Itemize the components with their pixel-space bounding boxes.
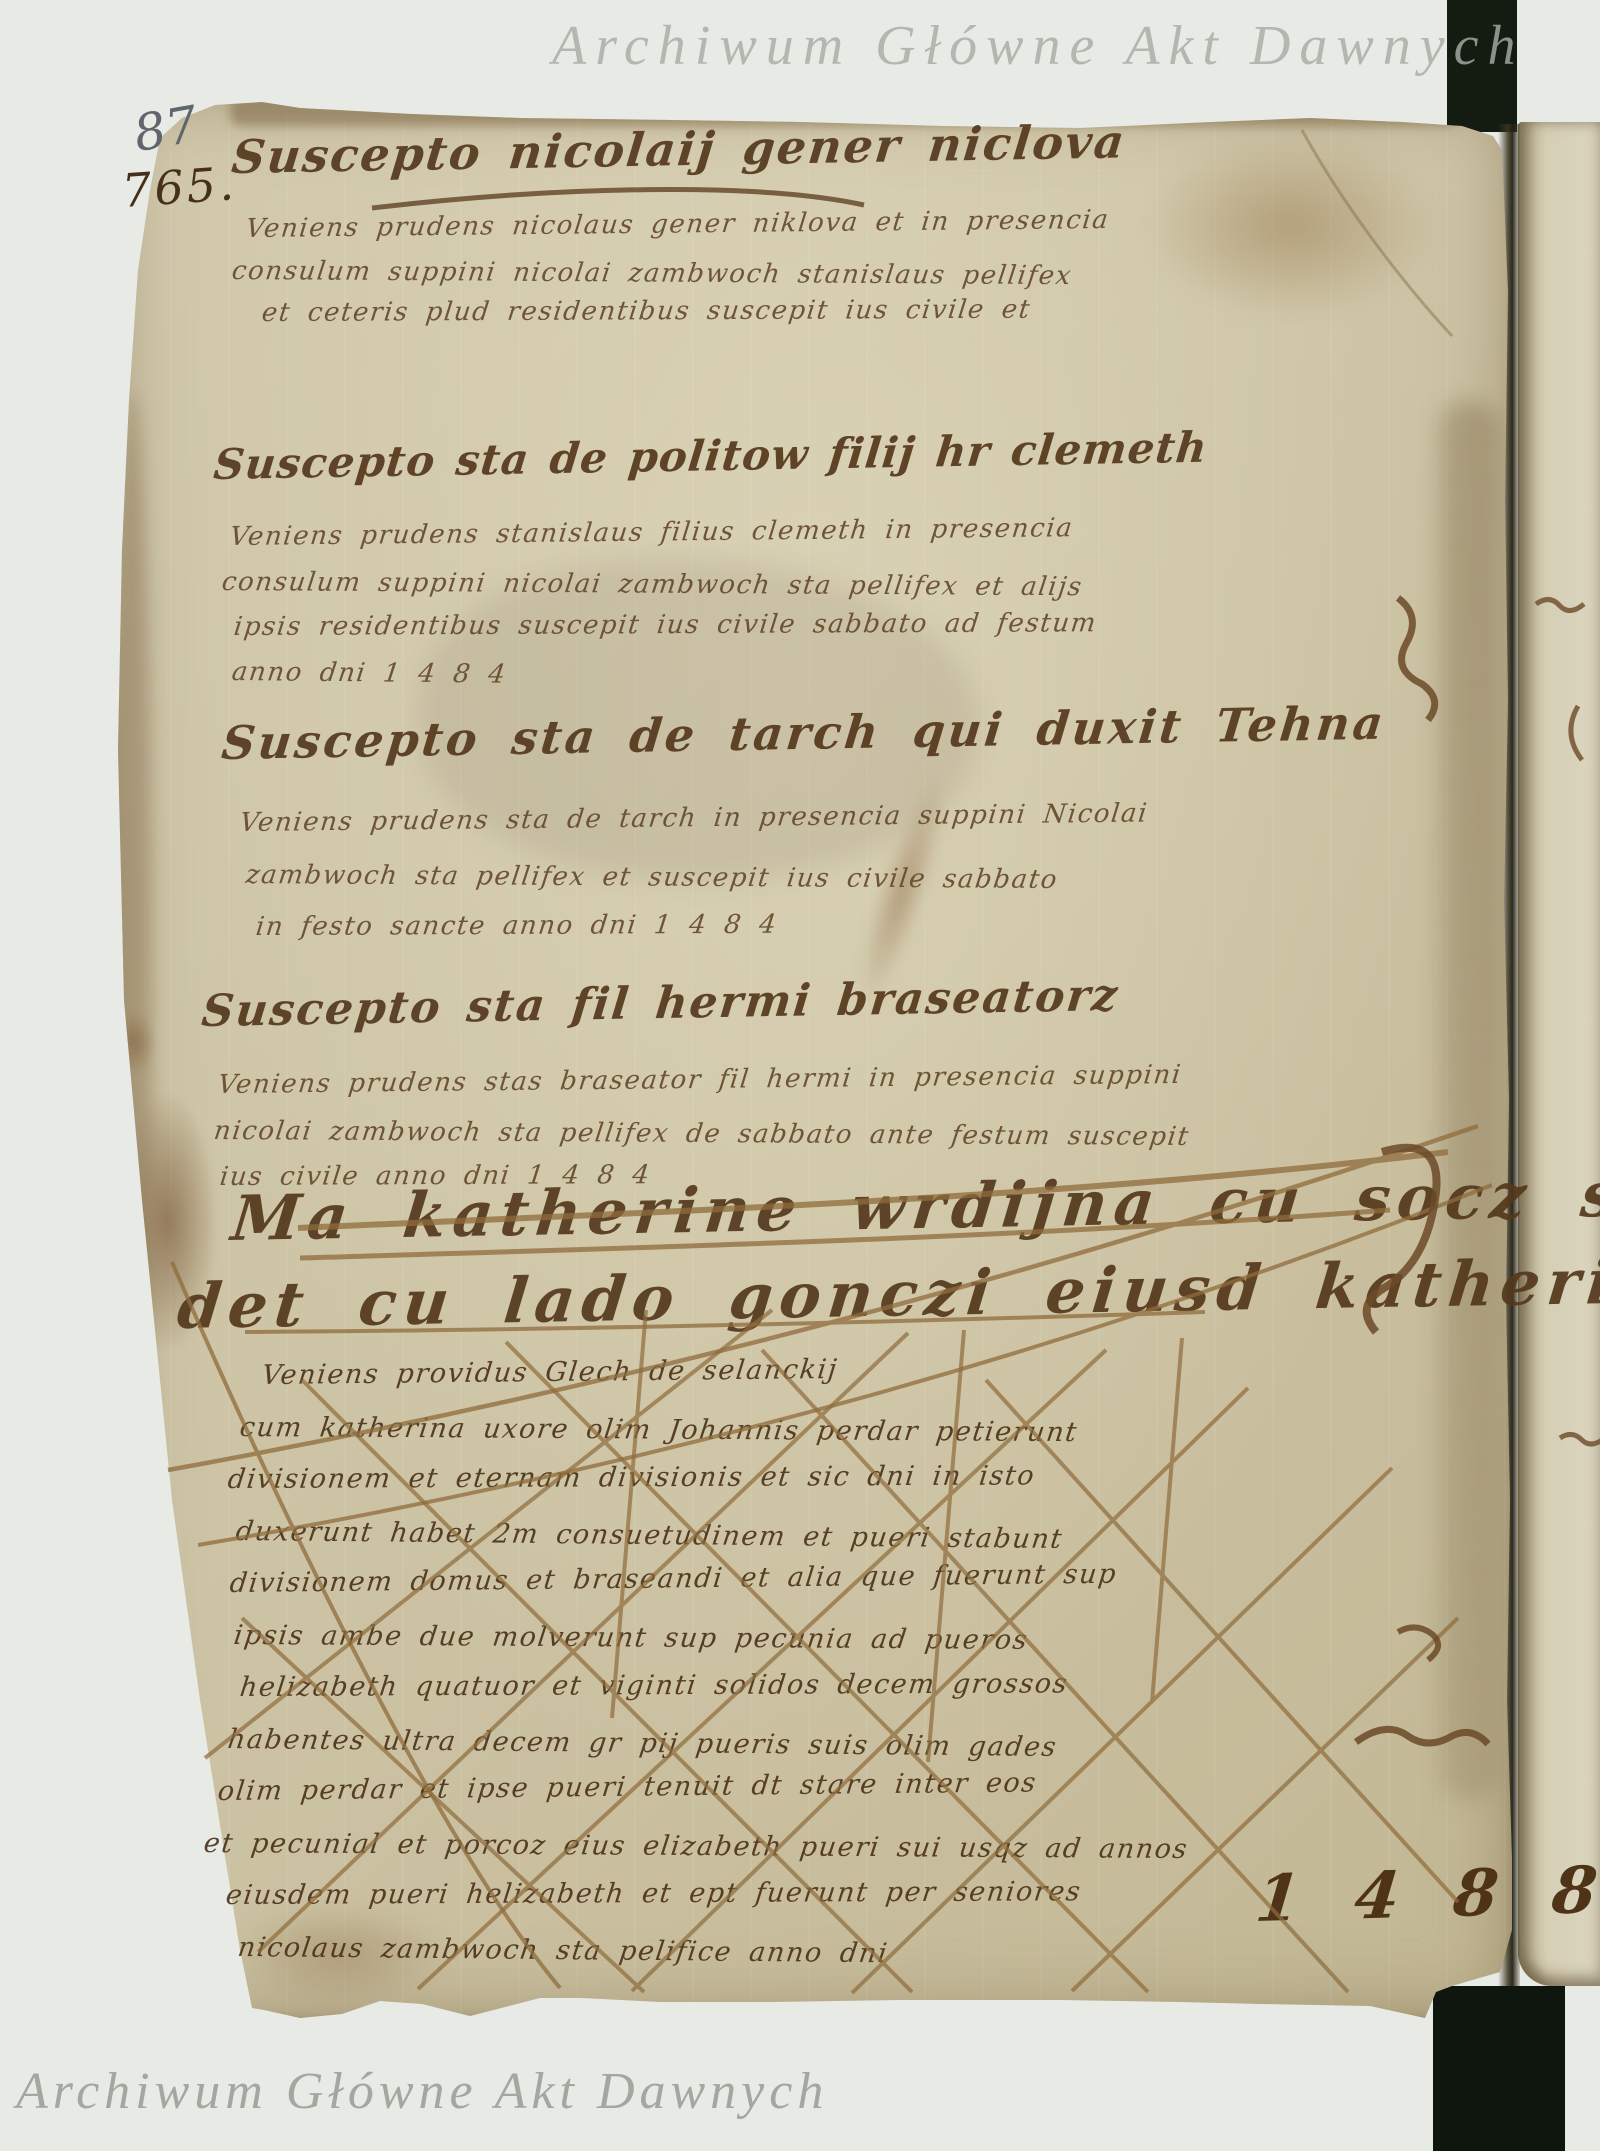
entry-3-line: in festo sancte anno dni 1 4 8 4	[254, 910, 779, 942]
entry-5-line: nicolaus zambwoch sta pelifice anno dni	[236, 1932, 890, 1969]
entry-5-line: eiusdem pueri helizabeth et ept fuerunt …	[224, 1876, 1083, 1911]
entry-2-heading: Suscepto sta de politow filij hr clemeth	[211, 423, 1210, 489]
entry-5-line: ipsis ambe due molverunt sup pecunia ad …	[232, 1620, 1030, 1656]
entry-5-line: et pecunial et porcoz eius elizabeth pue…	[202, 1828, 1190, 1865]
entry-1-line: consulum suppini nicolai zambwoch stanis…	[230, 256, 1074, 291]
entry-3-heading: Suscepto sta de tarch qui duxit Tehna	[219, 696, 1388, 770]
entry-5-line: habentes ultra decem gr pij pueris suis …	[226, 1724, 1059, 1763]
entry-1-line: et ceteris plud residentibus suscepit iu…	[260, 295, 1032, 328]
entry-5-line: olim perdar et ipse pueri tenuit dt star…	[216, 1767, 1038, 1807]
manuscript-text-layer: Suscepto nicolaij gener niclovaVeniens p…	[0, 0, 1600, 2151]
entry-5-line: Veniens providus Glech de selanckij	[260, 1354, 839, 1391]
entry-4-line: nicolai zambwoch sta pellifex de sabbato…	[212, 1116, 1191, 1152]
entry-5-line: divisionem domus et braseandi et alia qu…	[228, 1559, 1119, 1599]
archival-scan: 87 765. Suscepto nicolaij gener niclovaV…	[0, 0, 1600, 2151]
entry-5-line: cum katherina uxore olim Johannis perdar…	[238, 1412, 1080, 1448]
entry-2-line: consulum suppini nicolai zambwoch sta pe…	[220, 567, 1085, 602]
entry-3-line: Veniens prudens sta de tarch in presenci…	[238, 798, 1149, 838]
entry-4-heading: Suscepto sta fil hermi braseatorz	[199, 970, 1121, 1037]
entry-5-heading: det cu lado gonczi eiusd katherine	[174, 1243, 1600, 1343]
entry-2-line: Veniens prudens stanislaus filius clemet…	[228, 513, 1075, 552]
entry-1-heading: Suscepto nicolaij gener niclova	[229, 114, 1129, 184]
entry-1-line: Veniens prudens nicolaus gener niklova e…	[244, 205, 1111, 244]
entry-2-line: anno dni 1 4 8 4	[230, 657, 508, 690]
entry-2-line: ipsis residentibus suscepit ius civile s…	[232, 608, 1099, 642]
entry-5-line: helizabeth quatuor et viginti solidos de…	[238, 1668, 1070, 1703]
entry-5-line: duxerunt habet 2m consuetudinem et pueri…	[234, 1516, 1065, 1555]
entry-3-line: zambwoch sta pellifex et suscepit ius ci…	[244, 860, 1060, 895]
entry-4-line: Veniens prudens stas braseator fil hermi…	[216, 1060, 1183, 1100]
entry-5-year: 1 4 8 8	[1252, 1853, 1600, 1938]
entry-5-line: divisionem et eternam divisionis et sic …	[226, 1460, 1037, 1495]
